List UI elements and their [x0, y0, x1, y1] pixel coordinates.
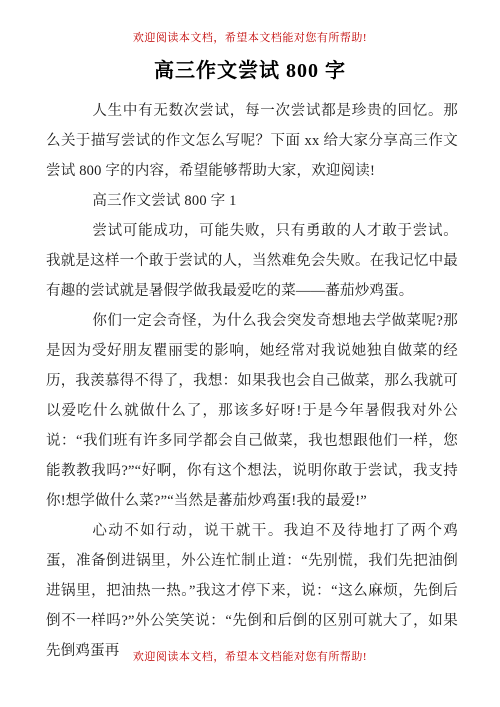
footer-note: 欢迎阅读本文档，希望本文档能对您有所帮助!: [0, 648, 500, 664]
document-page: 欢迎阅读本文档，希望本文档能对您有所帮助! 高三作文尝试 800 字 人生中有无…: [0, 0, 500, 707]
paragraph: 尝试可能成功，可能失败，只有勇敢的人才敢于尝试。我就是这样一个敢于尝试的人，当然…: [46, 216, 458, 306]
paragraph: 人生中有无数次尝试，每一次尝试都是珍贵的回忆。那么关于描写尝试的作文怎么写呢？下…: [46, 96, 458, 186]
header-note: 欢迎阅读本文档，希望本文档能对您有所帮助!: [0, 29, 500, 45]
paragraph: 高三作文尝试 800 字 1: [46, 186, 458, 216]
paragraph: 你们一定会奇怪，为什么我会突发奇想地去学做菜呢?那是因为受好朋友瞿丽雯的影响，她…: [46, 306, 458, 516]
article-body: 人生中有无数次尝试，每一次尝试都是珍贵的回忆。那么关于描写尝试的作文怎么写呢？下…: [46, 96, 458, 666]
document-title: 高三作文尝试 800 字: [0, 54, 500, 83]
paragraph: 心动不如行动，说干就干。我迫不及待地打了两个鸡蛋，准备倒进锅里，外公连忙制止道：…: [46, 516, 458, 666]
